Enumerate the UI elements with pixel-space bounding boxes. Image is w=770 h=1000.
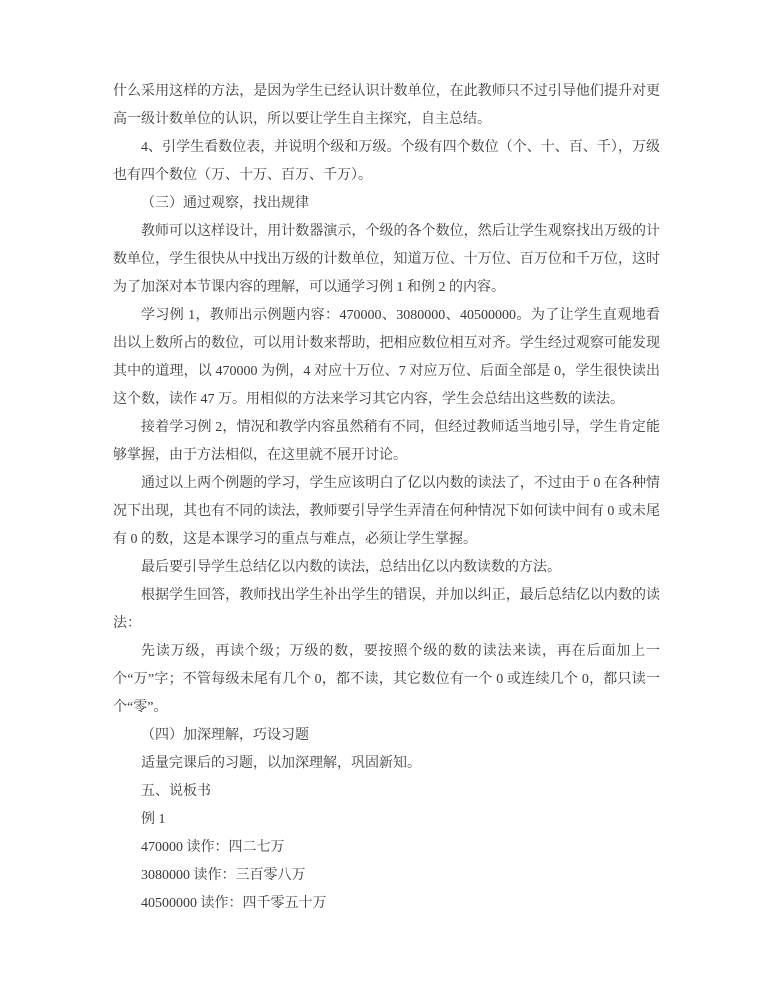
- section-heading-board: 五、说板书: [113, 778, 660, 806]
- paragraph-teacher-design: 教师可以这样设计，用计数器演示，个级的各个数位，然后让学生观察找出万级的计数单位…: [113, 218, 660, 302]
- paragraph-guide-summarize: 最后要引导学生总结亿以内数的读法，总结出亿以内数读数的方法。: [113, 554, 660, 582]
- board-line-40500000: 40500000 读作：四千零五十万: [113, 890, 660, 918]
- paragraph-reading-rules: 先读万级，再读个级；万级的数，要按照个级的数的读法来读，再在后面加上一个“万”字…: [113, 638, 660, 722]
- section-heading-3: （三）通过观察，找出规律: [113, 190, 660, 218]
- paragraph-summary-reading: 通过以上两个例题的学习，学生应该明白了亿以内数的读法了，不过由于 0 在各种情况…: [113, 470, 660, 554]
- paragraph-correct-errors: 根据学生回答，教师找出学生补出学生的错误，并加以纠正，最后总结亿以内数的读法：: [113, 582, 660, 638]
- paragraph-step4: 4、引学生看数位表，并说明个级和万级。个级有四个数位（个、十、百、千），万级也有…: [113, 134, 660, 190]
- board-line-3080000: 3080000 读作：三百零八万: [113, 862, 660, 890]
- paragraph-example1: 学习例 1，教师出示例题内容：470000、3080000、40500000。为…: [113, 302, 660, 414]
- document-page: 什么采用这样的方法，是因为学生已经认识计数单位，在此教师只不过引导他们提升对更高…: [0, 0, 770, 1000]
- board-line-470000: 470000 读作：四二七万: [113, 834, 660, 862]
- section-heading-4: （四）加深理解，巧设习题: [113, 722, 660, 750]
- paragraph-continuation: 什么采用这样的方法，是因为学生已经认识计数单位，在此教师只不过引导他们提升对更高…: [113, 78, 660, 134]
- paragraph-exercises: 适量完课后的习题，以加深理解，巩固新知。: [113, 750, 660, 778]
- board-example-label: 例 1: [113, 806, 660, 834]
- paragraph-example2: 接着学习例 2，情况和教学内容虽然稍有不同，但经过教师适当地引导，学生肯定能够掌…: [113, 414, 660, 470]
